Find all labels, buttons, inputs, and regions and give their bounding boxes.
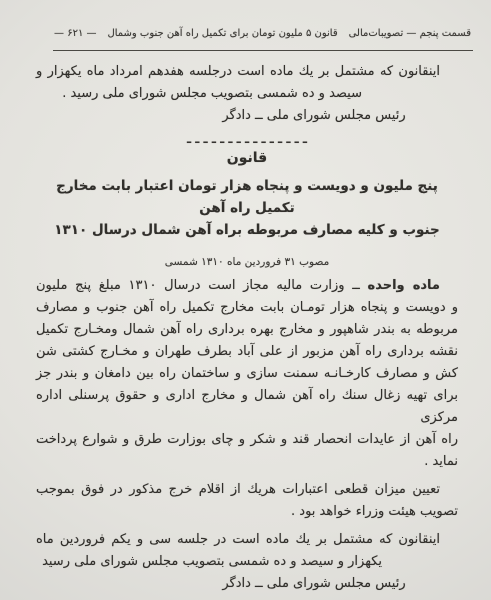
law-title-line-1: پنج ملیون و دویست و پنجاه هزار تومان اعت… <box>36 175 458 219</box>
text-line: اینقانون که مشتمل بر یك ماده است در جلسه… <box>36 529 458 551</box>
president-signature-2: رئیس مجلس شورای ملی ــ دادگر <box>103 573 491 595</box>
scanned-law-page: قسمت پنجم — تصویبات‌مالی قانون ۵ ملیون ت… <box>0 0 491 600</box>
header-rule <box>53 50 473 51</box>
text-line: نقشه برداری راه آهن مزبور از علی آباد بط… <box>36 341 458 363</box>
article-paragraph: ماده واحده ــ وزارت مالیه مجاز است درسال… <box>36 275 458 473</box>
text-line: اینقانون که مشتمل بر یك ماده است درجلسه … <box>36 61 458 83</box>
note-paragraph: تعیین میزان قطعی اعتبارات هریك از اقلام … <box>36 479 458 523</box>
text-line: نماید . <box>36 451 458 473</box>
page-header: قسمت پنجم — تصویبات‌مالی قانون ۵ ملیون ت… <box>54 27 471 41</box>
text-line: کش و مصارف کارخـانـه سمنت سازی و ساختمان… <box>36 363 458 385</box>
text-line: مربوطه به بندر شاهپور و مخارج بهره بردار… <box>36 319 458 341</box>
text-line: سیصد و ده شمسی بتصویب مجلس شورای ملی رسی… <box>36 83 458 105</box>
law-title-line-2: جنوب و کلیه مصارف مربوطه براه آهن شمال د… <box>36 219 458 241</box>
text-line: ماده واحده ــ وزارت مالیه مجاز است درسال… <box>36 275 458 297</box>
header-law-title: قانون ۵ ملیون تومان برای تکمیل راه آهن ج… <box>107 27 337 41</box>
header-page-number: — ۶۲۱ — <box>54 27 97 41</box>
prior-ratification-paragraph: اینقانون که مشتمل بر یك ماده است درجلسه … <box>36 61 458 127</box>
text-line: راه آهن از عایدات انحصار قند و شکر و چای… <box>36 429 458 451</box>
text-line: برای تهیه زغال سنك راه آهن شمال و مخارج … <box>36 385 458 429</box>
text-line: یکهزار و سیصد و ده شمسی بتصویب مجلس شورا… <box>36 551 458 573</box>
president-signature: رئیس مجلس شورای ملی ــ دادگر <box>103 105 491 127</box>
text-line: تعیین میزان قطعی اعتبارات هریك از اقلام … <box>36 479 458 501</box>
approval-date-line: مصوب ۳۱ فروردین ماه ۱۳۱۰ شمسی <box>36 254 458 270</box>
article-line1-rest: ــ وزارت مالیه مجاز است درسال ۱۳۱۰ مبلغ … <box>36 278 360 293</box>
text-line: تصویب هیئت وزراء خواهد بود . <box>36 501 458 523</box>
text-line: و دویست و پنجاه هزار تومـان بابت مخارج ت… <box>36 297 458 319</box>
header-section-label: قسمت پنجم — تصویبات‌مالی <box>349 27 471 41</box>
dotted-divider: ـ ـ ـ ـ ـ ـ ـ ـ ـ ـ ـ ـ ـ ـ ـ <box>36 131 458 147</box>
ratification-paragraph: اینقانون که مشتمل بر یك ماده است در جلسه… <box>36 529 458 595</box>
article-term: ماده واحده <box>368 278 440 293</box>
law-heading: قانون <box>36 147 458 169</box>
document-body: اینقانون که مشتمل بر یك ماده است درجلسه … <box>36 61 458 595</box>
